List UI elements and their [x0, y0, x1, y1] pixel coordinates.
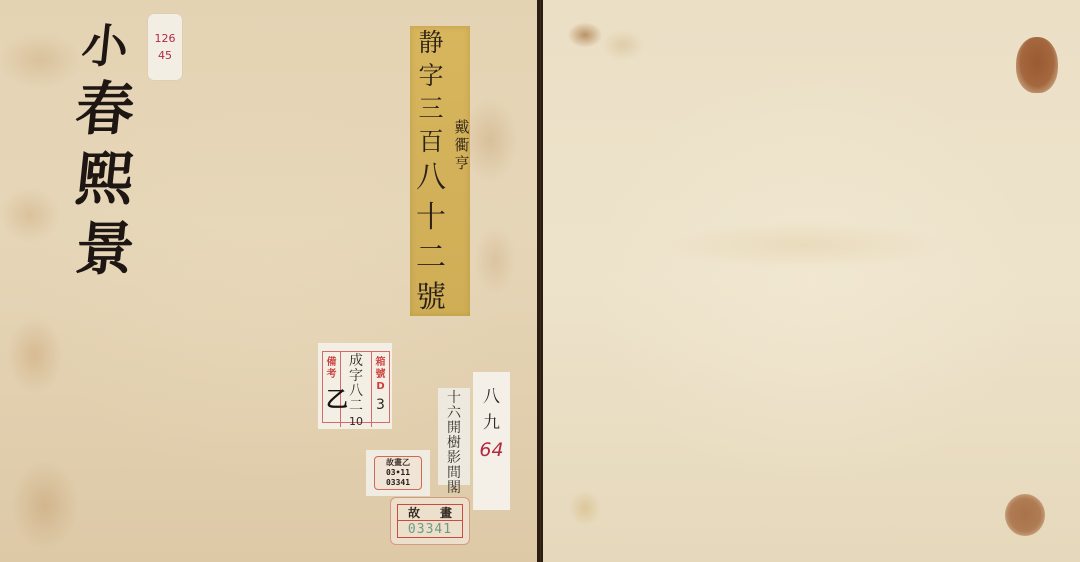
label-char: 三: [418, 92, 443, 125]
stamp-char: 故: [408, 504, 420, 521]
card-header-char: 箱: [376, 357, 386, 369]
card-header-char: 考: [327, 369, 337, 381]
brown-stain-top: [1016, 37, 1058, 93]
label-char: 静: [418, 26, 443, 59]
label-main-text: 静 字 三 百 八 十 二 號: [416, 26, 446, 318]
label-char: 號: [416, 278, 446, 318]
label-side-note: 戴 衢 亨: [454, 118, 470, 172]
label-char: 百: [418, 125, 443, 158]
slip-char: 間: [447, 466, 461, 481]
card-box-number-column: 箱 號 D 3: [371, 352, 389, 427]
card-number: 10: [349, 414, 363, 429]
label-char: 二: [416, 238, 446, 278]
museum-stamp-large: 故 畫 03341: [390, 497, 470, 545]
yellow-title-label: 静 字 三 百 八 十 二 號 戴 衢 亨: [410, 26, 470, 316]
card-header-char: 號: [376, 369, 386, 381]
slip-char: 六: [447, 406, 461, 421]
corner-number-tag: 126 45: [148, 14, 182, 80]
slip-char: 十: [447, 391, 461, 406]
catalog-card: 備 考 成 字 八 二 10 箱 號 D 3 乙: [318, 343, 392, 429]
note-char: 衢: [454, 136, 469, 154]
title-char: 春: [72, 74, 137, 144]
label-char: 十: [416, 198, 446, 238]
card-char: 字: [349, 369, 363, 384]
card-char: 二: [349, 399, 363, 414]
label-char: 八: [416, 158, 446, 198]
title-char: 熙: [72, 144, 137, 214]
title-char: 景: [72, 214, 137, 284]
card-box-number: 3: [376, 397, 385, 413]
stamp-char: 畫: [440, 504, 452, 521]
tag-line-2: 45: [158, 47, 172, 64]
stamp-large-number: 03341: [398, 521, 462, 537]
museum-stamp-small: 故畫乙 03•11 03341: [366, 450, 430, 496]
stamp-large-header: 故 畫: [398, 505, 462, 521]
stamp-line: 故畫乙: [386, 458, 410, 468]
slip-char: 樹: [447, 436, 461, 451]
stamp-large-frame: 故 畫 03341: [397, 504, 463, 538]
slip-char: 八: [483, 384, 500, 410]
left-cover: 小 春 熙 景 126 45 静 字 三 百 八 十 二 號 戴 衢 亨 備 考: [0, 0, 540, 562]
note-char: 亨: [454, 154, 469, 172]
slip-number: 64: [479, 436, 503, 464]
stamp-line: 03•11: [386, 468, 410, 478]
slip-char: 九: [483, 410, 500, 436]
card-char: 成: [349, 354, 363, 369]
slip-char: 影: [447, 451, 461, 466]
title-char: 小: [79, 18, 131, 74]
handwritten-slip: 十 六 開 樹 影 間 閣: [438, 388, 470, 485]
tag-line-1: 126: [155, 30, 176, 47]
card-char: 八: [349, 384, 363, 399]
label-char: 字: [418, 59, 443, 92]
stamp-small-frame: 故畫乙 03•11 03341: [374, 456, 422, 490]
brown-stain-bottom: [1005, 494, 1045, 536]
card-box-letter: D: [376, 381, 384, 393]
slip-char: 閣: [447, 481, 461, 496]
note-char: 戴: [454, 118, 469, 136]
book-title: 小 春 熙 景: [62, 18, 148, 284]
slip-char: 開: [447, 421, 461, 436]
stamp-line: 03341: [386, 478, 410, 488]
number-slip: 八 九 64: [473, 372, 510, 510]
card-header-char: 備: [327, 357, 337, 369]
right-cover: [541, 0, 1080, 562]
card-grade-mark: 乙: [326, 383, 348, 414]
